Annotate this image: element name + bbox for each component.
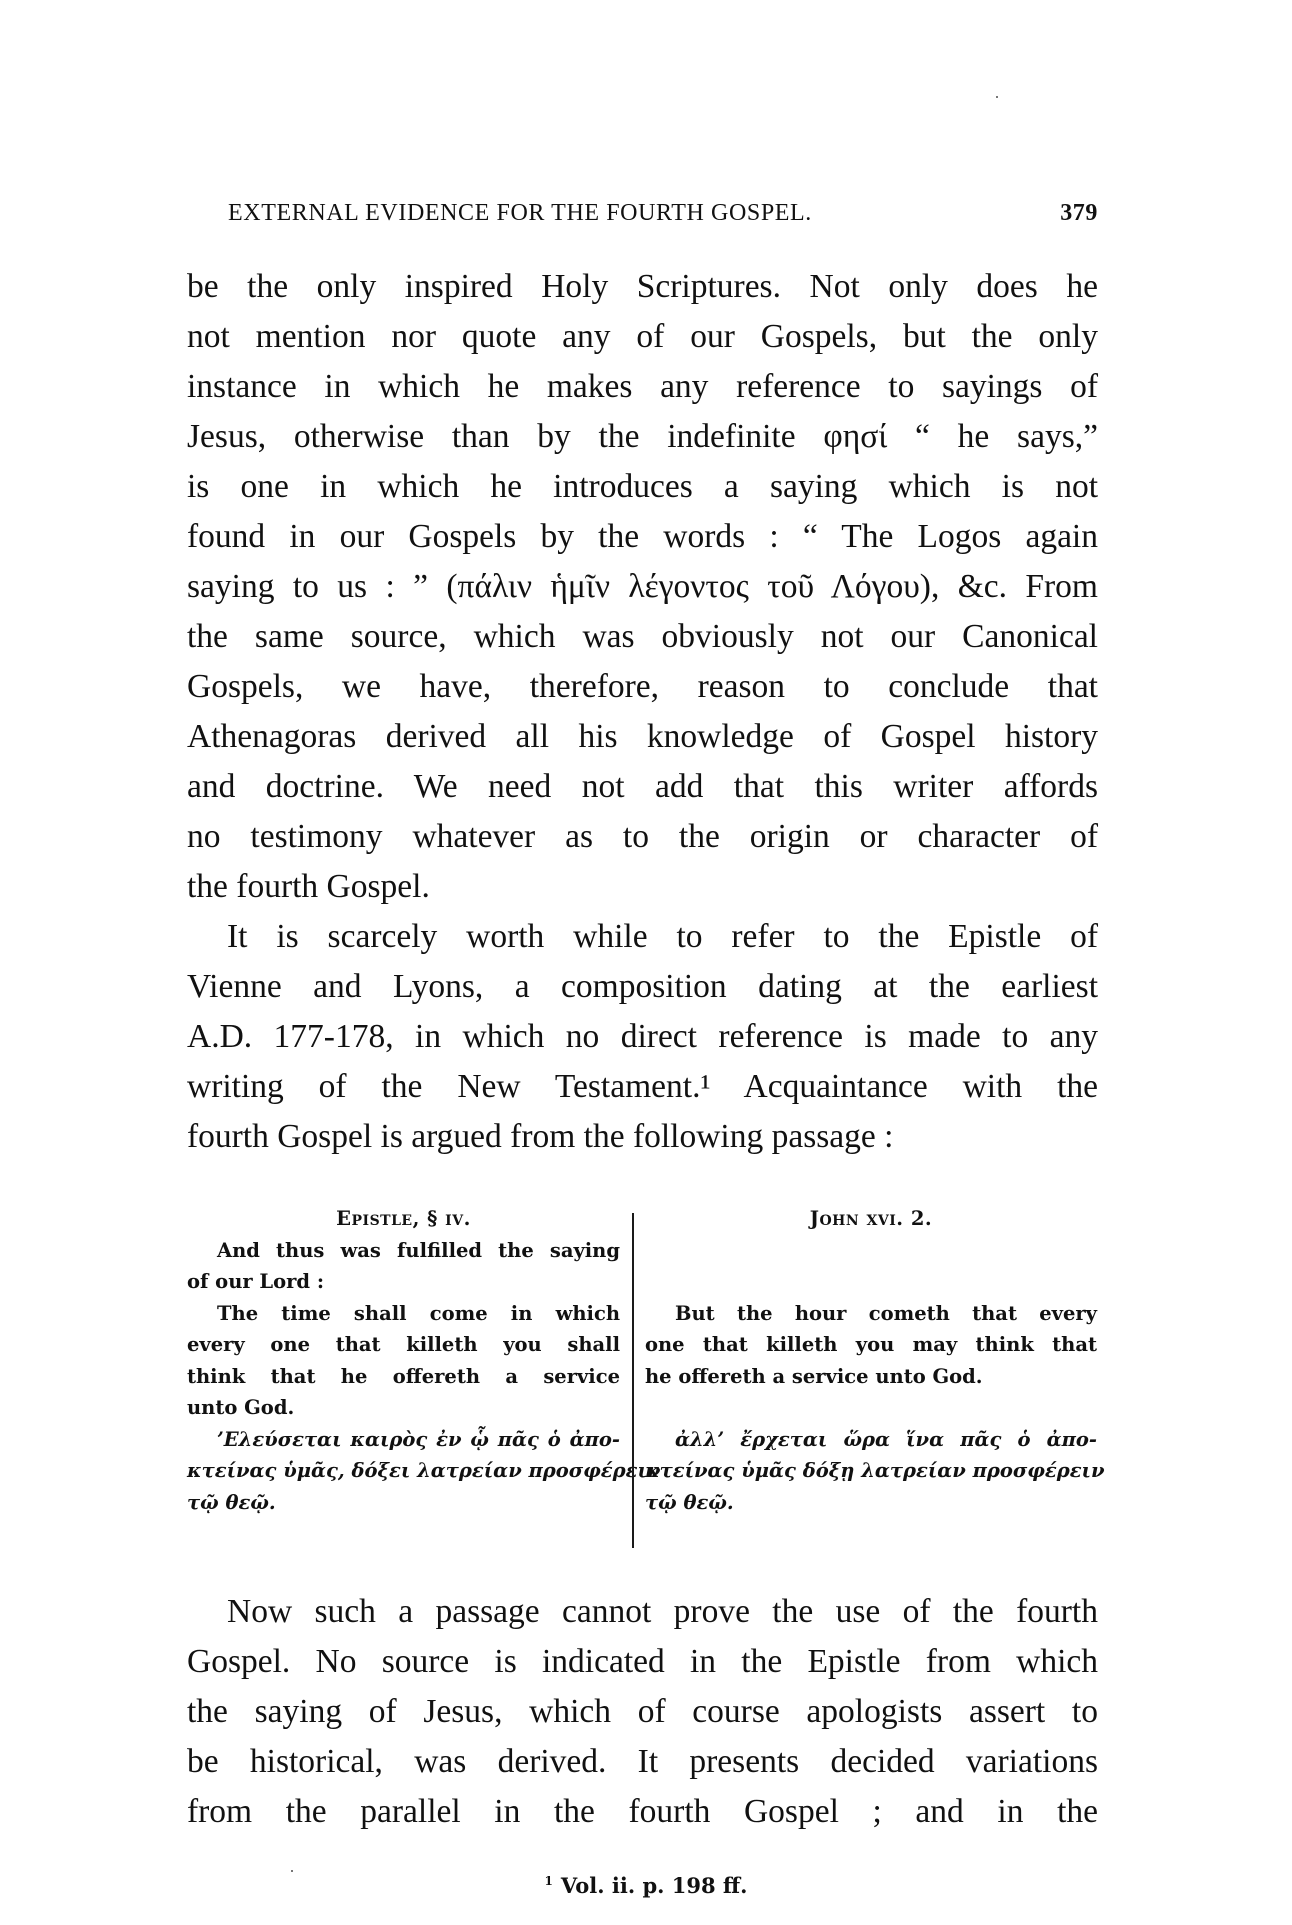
- text-line: instance in which he makes any reference…: [187, 362, 1098, 412]
- book-page: External Evidence for the Fourth Gospel.…: [0, 0, 1292, 1925]
- greek-line: τῷ θεῷ.: [187, 1487, 620, 1519]
- column-heading: John xvi. 2.: [645, 1203, 1097, 1235]
- text-line: the saying of Jesus, which of course apo…: [187, 1687, 1098, 1737]
- footnote-marker: 1: [545, 1874, 553, 1888]
- text-line: one that killeth you may think that: [645, 1329, 1097, 1361]
- text-line: from the parallel in the fourth Gospel ;…: [187, 1787, 1098, 1837]
- text-line: Gospels, we have, therefore, reason to c…: [187, 662, 1098, 712]
- text-line: the fourth Gospel.: [187, 862, 1098, 912]
- text-line: Gospel. No source is indicated in the Ep…: [187, 1637, 1098, 1687]
- epistle-column: Epistle, § iv. And thus was fulfilled th…: [187, 1203, 620, 1518]
- column-heading: Epistle, § iv.: [187, 1203, 620, 1235]
- text-line: he offereth a service unto God.: [645, 1361, 1097, 1393]
- text-line: think that he offereth a service: [187, 1361, 620, 1393]
- greek-line: ἀλλ’ ἔρχεται ὥρα ἵνα πᾶς ὁ ἀπο-: [645, 1424, 1097, 1456]
- text-line: be historical, was derived. It presents …: [187, 1737, 1098, 1787]
- greek-line: ’Ελεύσεται καιρὸς ἐν ᾧ πᾶς ὁ ἀπο-: [187, 1424, 620, 1456]
- john-column: John xvi. 2. But the hour cometh that ev…: [645, 1203, 1097, 1518]
- text-line: And thus was fulfilled the saying: [187, 1235, 620, 1267]
- spacer: [645, 1266, 1097, 1298]
- greek-line: κτείνας ὑμᾶς, δόξει λατρείαν προσφέρειν: [187, 1455, 620, 1487]
- text-line: saying to us : ” (πάλιν ἡμῖν λέγοντος το…: [187, 562, 1098, 612]
- paragraph-2: It is scarcely worth while to refer to t…: [187, 912, 1098, 1162]
- column-divider: [632, 1213, 634, 1548]
- text-line: Now such a passage cannot prove the use …: [187, 1587, 1098, 1637]
- text-line: be the only inspired Holy Scriptures. No…: [187, 262, 1098, 312]
- running-head: External Evidence for the Fourth Gospel.…: [228, 198, 1098, 228]
- paragraph-3: Now such a passage cannot prove the use …: [187, 1587, 1098, 1837]
- text-line: Vienne and Lyons, a composition dating a…: [187, 962, 1098, 1012]
- text-line: But the hour cometh that every: [645, 1298, 1097, 1330]
- paragraph-1: be the only inspired Holy Scriptures. No…: [187, 262, 1098, 912]
- text-line: of our Lord :: [187, 1266, 620, 1298]
- text-line: the same source, which was obviously not…: [187, 612, 1098, 662]
- text-line: is one in which he introduces a saying w…: [187, 462, 1098, 512]
- running-head-title: External Evidence for the Fourth Gospel.: [228, 198, 812, 228]
- greek-line: κτείνας ὑμᾶς δόξῃ λατρείαν προσφέρειν: [645, 1455, 1097, 1487]
- text-line: fourth Gospel is argued from the followi…: [187, 1112, 1098, 1162]
- text-line: found in our Gospels by the words : “ Th…: [187, 512, 1098, 562]
- text-line: writing of the New Testament.¹ Acquainta…: [187, 1062, 1098, 1112]
- text-line: Athenagoras derived all his knowledge of…: [187, 712, 1098, 762]
- text-line: and doctrine. We need not add that this …: [187, 762, 1098, 812]
- page-number: 379: [1060, 198, 1098, 228]
- footnote: 1Vol. ii. p. 198 ff.: [0, 1866, 1292, 1901]
- text-line: no testimony whatever as to the origin o…: [187, 812, 1098, 862]
- parallel-passages: Epistle, § iv. And thus was fulfilled th…: [187, 1203, 1098, 1563]
- greek-line: τῷ θεῷ.: [645, 1487, 1097, 1519]
- spacer: [645, 1235, 1097, 1267]
- footnote-text: Vol. ii. p. 198 ff.: [561, 1873, 748, 1898]
- text-line: Jesus, otherwise than by the indefinite …: [187, 412, 1098, 462]
- text-line: A.D. 177-178, in which no direct referen…: [187, 1012, 1098, 1062]
- text-line: every one that killeth you shall: [187, 1329, 620, 1361]
- spacer: [645, 1392, 1097, 1424]
- scan-speck: [996, 96, 998, 98]
- text-line: not mention nor quote any of our Gospels…: [187, 312, 1098, 362]
- text-line: unto God.: [187, 1392, 620, 1424]
- text-line: The time shall come in which: [187, 1298, 620, 1330]
- text-line: It is scarcely worth while to refer to t…: [187, 912, 1098, 962]
